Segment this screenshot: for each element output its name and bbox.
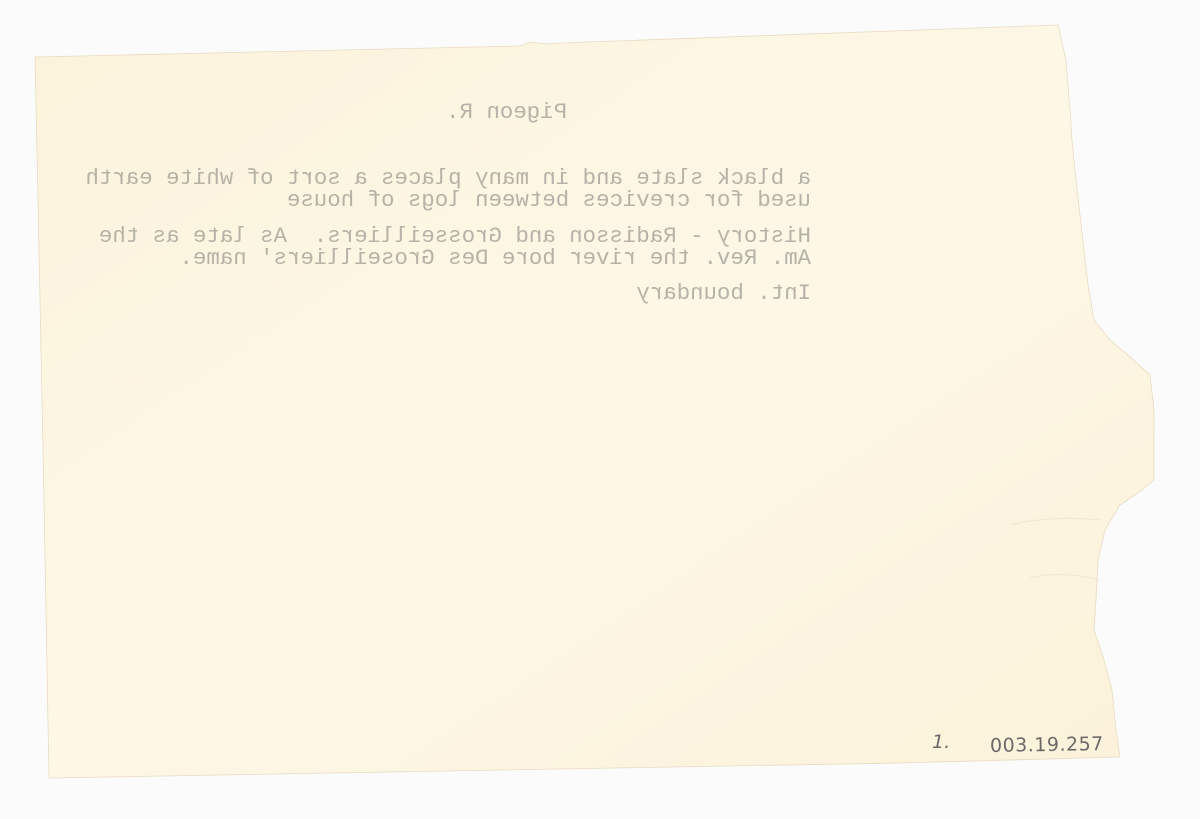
paper-sheet — [0, 0, 1200, 819]
scanned-document: Pigeon R. a black slate and in many plac… — [0, 0, 1200, 819]
text-line: Am. Rev. the river bore Des Groseilliers… — [179, 245, 811, 271]
paragraph-geology: a black slate and in many places a sort … — [84, 167, 811, 211]
paragraph-history: History - Radisson and Grosseilliers. As… — [84, 225, 811, 269]
handwritten-accession-number: 003.19.257 — [990, 733, 1104, 757]
document-title: Pigeon R. — [447, 101, 567, 123]
handwritten-page-number: 1. — [932, 731, 950, 753]
paragraph-boundary: Int. boundary — [84, 282, 811, 304]
text-line: used for crevices between logs of house — [287, 187, 811, 213]
text-line: Int. boundary — [636, 280, 811, 306]
